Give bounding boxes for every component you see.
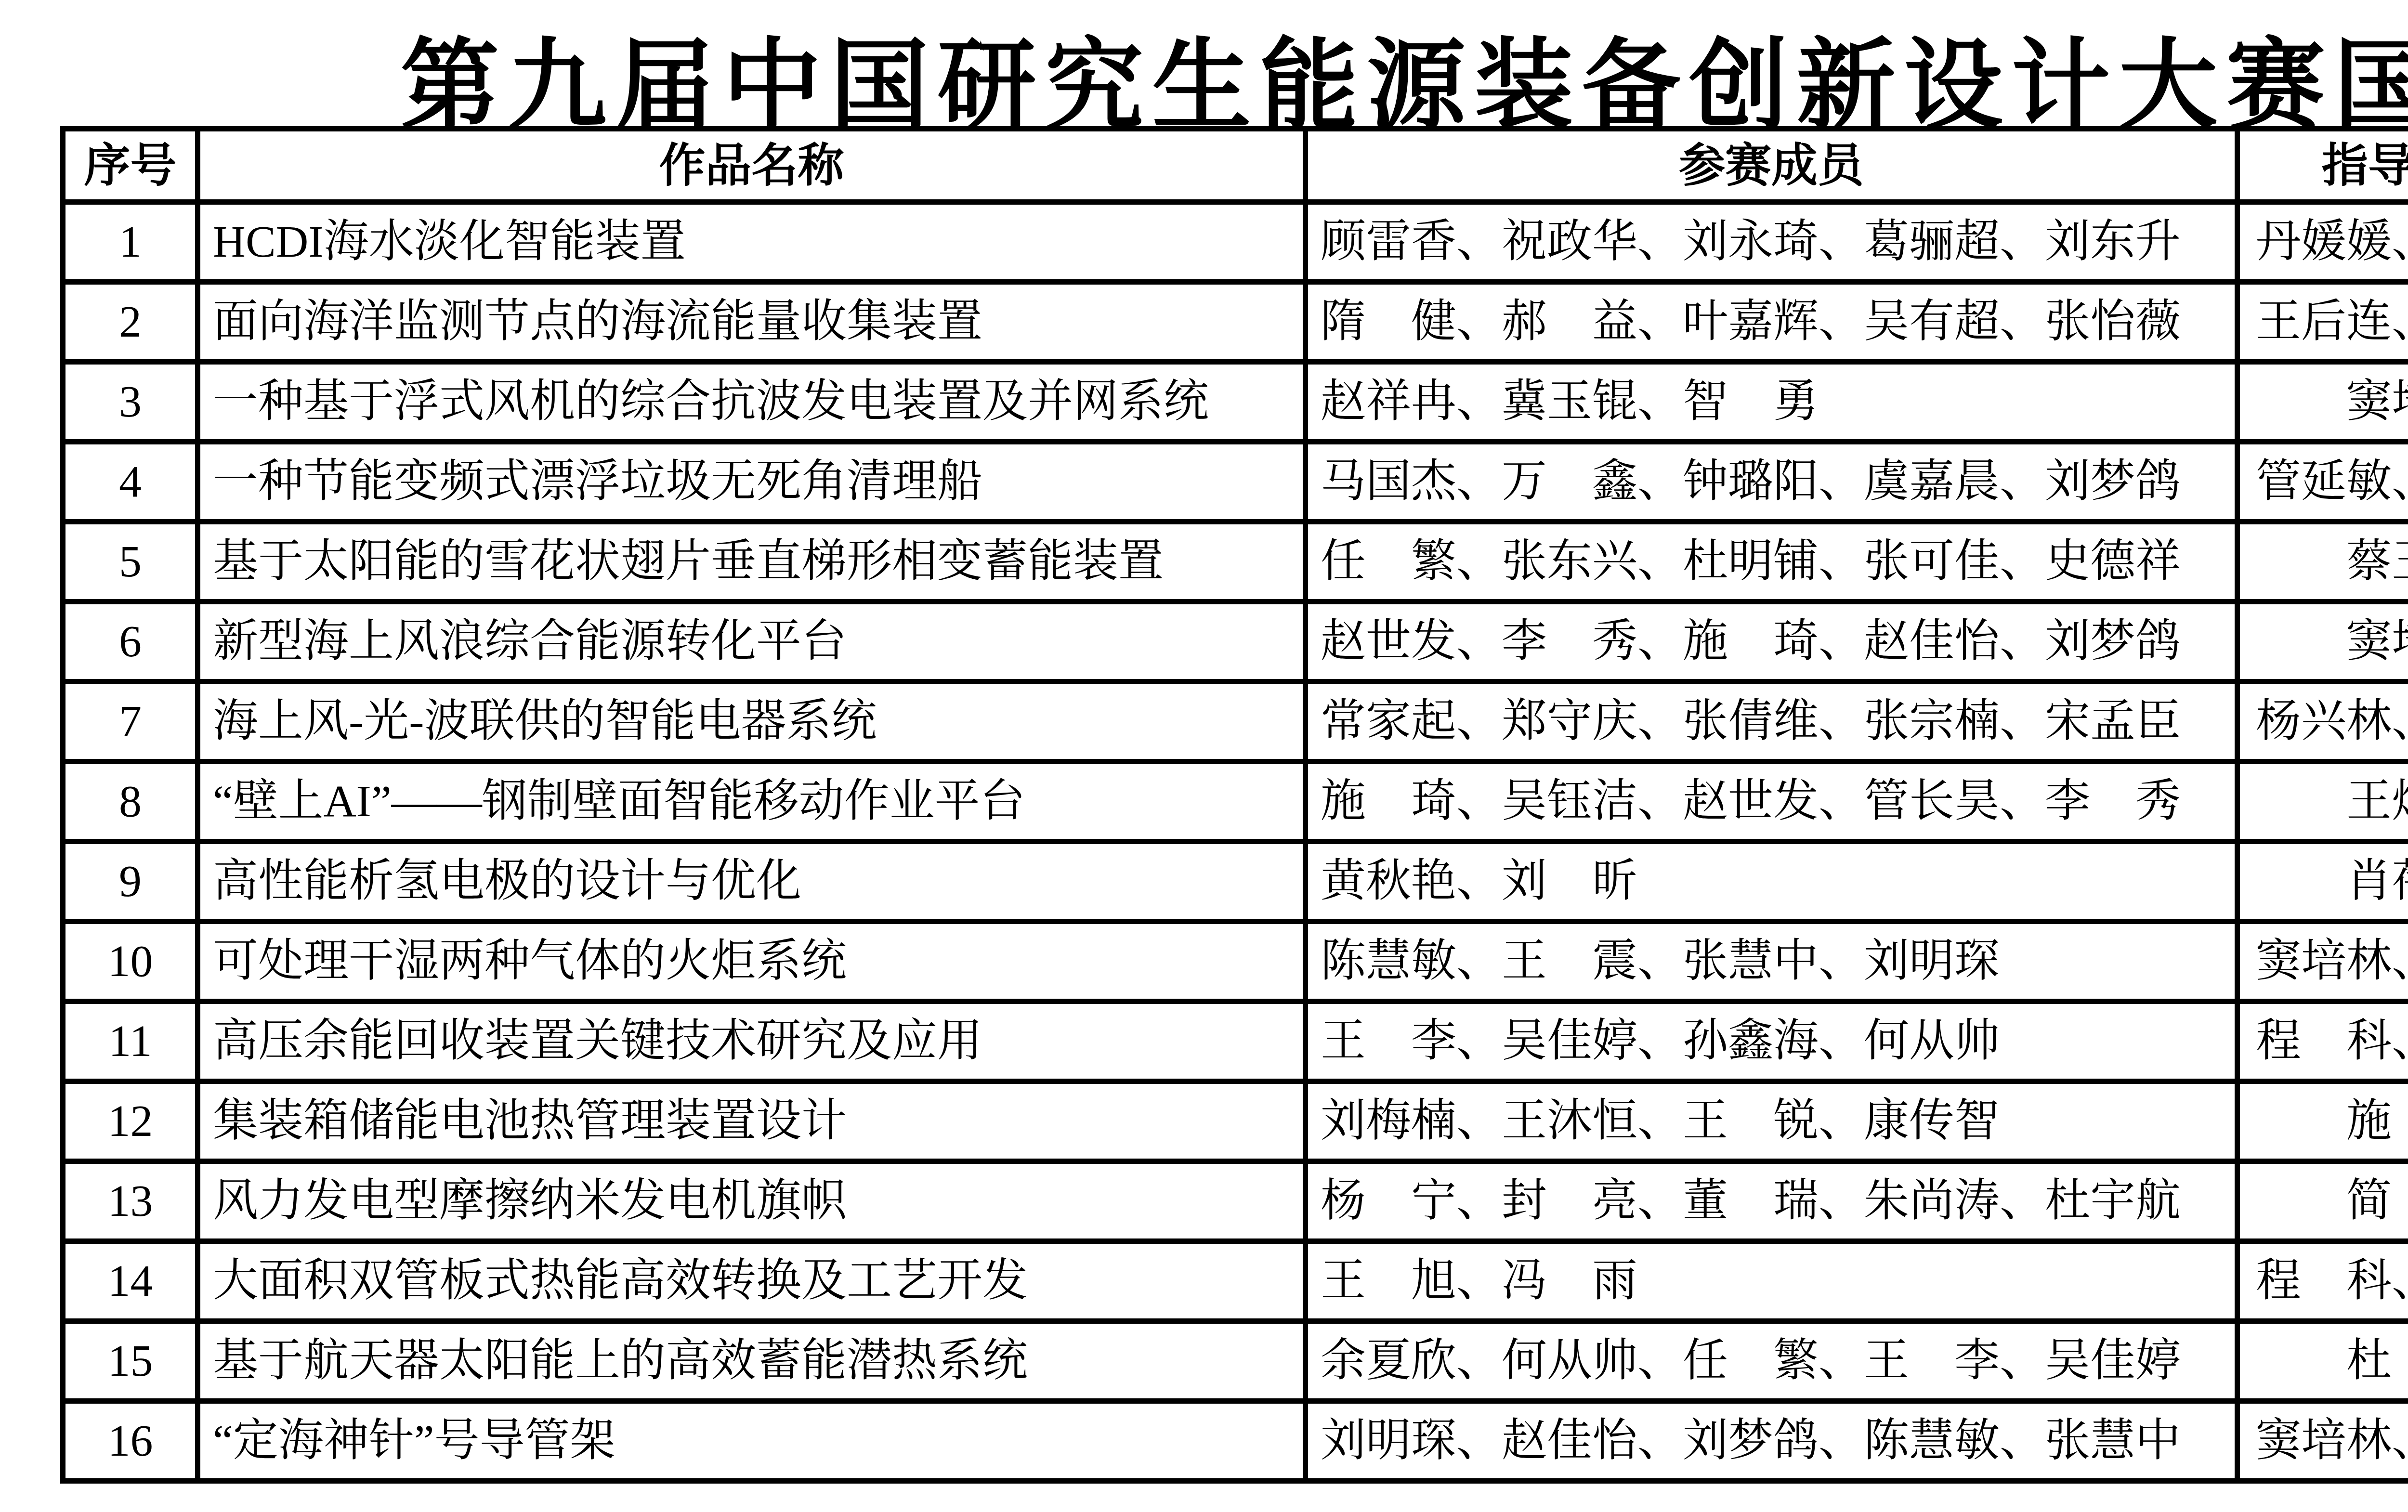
- cell-teachers: 杜 军: [2238, 1321, 2408, 1401]
- cell-members: 马国杰、万 鑫、钟璐阳、虞嘉晨、刘梦鸽: [1306, 442, 2238, 522]
- cell-work: 基于太阳能的雪花状翅片垂直梯形相变蓄能装置: [198, 522, 1306, 602]
- cell-no: 8: [63, 762, 198, 842]
- cell-members: 杨 宁、封 亮、董 瑞、朱尚涛、杜宇航: [1306, 1161, 2238, 1241]
- cell-teachers: 肖蓓蓓: [2238, 842, 2408, 922]
- cell-work: 面向海洋监测节点的海流能量收集装置: [198, 282, 1306, 362]
- cell-teachers: 窦培林: [2238, 362, 2408, 442]
- cell-teachers: 施 红: [2238, 1082, 2408, 1161]
- cell-members: 王 旭、冯 雨: [1306, 1241, 2238, 1321]
- cell-teachers: 程 科、鹿 婷: [2238, 1241, 2408, 1321]
- header-row: 序号 作品名称 参赛成员 指导教师 所在学院 国赛奖项: [63, 129, 2408, 202]
- table-row: 10 可处理干湿两种气体的火炬系统 陈慧敏、王 震、张慧中、刘明琛 窦培林、孔令…: [63, 922, 2408, 1002]
- table-row: 8 “壁上AI”——钢制壁面智能移动作业平台 施 琦、吴钰洁、赵世发、管长昊、李…: [63, 762, 2408, 842]
- cell-teachers: 窦培林、袁洪涛: [2238, 1401, 2408, 1481]
- cell-work: 集装箱储能电池热管理装置设计: [198, 1082, 1306, 1161]
- cell-work: 高压余能回收装置关键技术研究及应用: [198, 1002, 1306, 1082]
- cell-no: 12: [63, 1082, 198, 1161]
- table-row: 7 海上风-光-波联供的智能电器系统 常家起、郑守庆、张倩维、张宗楠、宋孟臣 杨…: [63, 682, 2408, 762]
- cell-teachers: 丹媛媛、于化龙: [2238, 202, 2408, 282]
- cell-members: 隋 健、郝 益、叶嘉辉、吴有超、张怡薇: [1306, 282, 2238, 362]
- cell-no: 10: [63, 922, 198, 1002]
- cell-teachers: 王炬成: [2238, 762, 2408, 842]
- cell-members: 刘梅楠、王沐恒、王 锐、康传智: [1306, 1082, 2238, 1161]
- cell-no: 11: [63, 1002, 198, 1082]
- cell-work: 大面积双管板式热能高效转换及工艺开发: [198, 1241, 1306, 1321]
- cell-members: 赵世发、李 秀、施 琦、赵佳怡、刘梦鸽: [1306, 602, 2238, 682]
- cell-no: 15: [63, 1321, 198, 1401]
- cell-teachers: 窦培林、孔令海: [2238, 922, 2408, 1002]
- cell-teachers: 管延敏、夏志平: [2238, 442, 2408, 522]
- table-row: 1 HCDI海水淡化智能装置 顾雷香、祝政华、刘永琦、葛骊超、刘东升 丹媛媛、于…: [63, 202, 2408, 282]
- cell-teachers: 程 科、张海洋: [2238, 1002, 2408, 1082]
- table-header: 序号 作品名称 参赛成员 指导教师 所在学院 国赛奖项: [63, 129, 2408, 202]
- cell-teachers: 王后连、刘志强: [2238, 282, 2408, 362]
- cell-no: 4: [63, 442, 198, 522]
- cell-members: 任 繁、张东兴、杜明铺、张可佳、史德祥: [1306, 522, 2238, 602]
- cell-no: 16: [63, 1401, 198, 1481]
- header-teachers: 指导教师: [2238, 129, 2408, 202]
- cell-work: HCDI海水淡化智能装置: [198, 202, 1306, 282]
- cell-teachers: 蔡玉飞: [2238, 522, 2408, 602]
- cell-work: 风力发电型摩擦纳米发电机旗帜: [198, 1161, 1306, 1241]
- cell-members: 黄秋艳、刘 昕: [1306, 842, 2238, 922]
- cell-members: 顾雷香、祝政华、刘永琦、葛骊超、刘东升: [1306, 202, 2238, 282]
- table-row: 9 高性能析氢电极的设计与优化 黄秋艳、刘 昕 肖蓓蓓 能源与动力学院 三等奖: [63, 842, 2408, 922]
- cell-teachers: 窦培林: [2238, 602, 2408, 682]
- awards-table: 序号 作品名称 参赛成员 指导教师 所在学院 国赛奖项 1 HCDI海水淡化智能…: [60, 126, 2408, 1484]
- cell-work: 新型海上风浪综合能源转化平台: [198, 602, 1306, 682]
- cell-no: 2: [63, 282, 198, 362]
- header-work: 作品名称: [198, 129, 1306, 202]
- cell-members: 常家起、郑守庆、张倩维、张宗楠、宋孟臣: [1306, 682, 2238, 762]
- cell-work: “壁上AI”——钢制壁面智能移动作业平台: [198, 762, 1306, 842]
- cell-members: 刘明琛、赵佳怡、刘梦鸽、陈慧敏、张慧中: [1306, 1401, 2238, 1481]
- cell-no: 9: [63, 842, 198, 922]
- table-row: 15 基于航天器太阳能上的高效蓄能潜热系统 余夏欣、何从帅、任 繁、王 李、吴佳…: [63, 1321, 2408, 1401]
- table-row: 3 一种基于浮式风机的综合抗波发电装置及并网系统 赵祥冉、冀玉锟、智 勇 窦培林…: [63, 362, 2408, 442]
- cell-members: 王 李、吴佳婷、孙鑫海、何从帅: [1306, 1002, 2238, 1082]
- table-row: 6 新型海上风浪综合能源转化平台 赵世发、李 秀、施 琦、赵佳怡、刘梦鸽 窦培林…: [63, 602, 2408, 682]
- cell-no: 6: [63, 602, 198, 682]
- cell-no: 14: [63, 1241, 198, 1321]
- table-row: 2 面向海洋监测节点的海流能量收集装置 隋 健、郝 益、叶嘉辉、吴有超、张怡薇 …: [63, 282, 2408, 362]
- header-members: 参赛成员: [1306, 129, 2238, 202]
- table-row: 13 风力发电型摩擦纳米发电机旗帜 杨 宁、封 亮、董 瑞、朱尚涛、杜宇航 简 …: [63, 1161, 2408, 1241]
- cell-no: 1: [63, 202, 198, 282]
- cell-members: 施 琦、吴钰洁、赵世发、管长昊、李 秀: [1306, 762, 2238, 842]
- cell-no: 7: [63, 682, 198, 762]
- table-body: 1 HCDI海水淡化智能装置 顾雷香、祝政华、刘永琦、葛骊超、刘东升 丹媛媛、于…: [63, 202, 2408, 1481]
- table-row: 14 大面积双管板式热能高效转换及工艺开发 王 旭、冯 雨 程 科、鹿 婷 计算…: [63, 1241, 2408, 1321]
- cell-members: 赵祥冉、冀玉锟、智 勇: [1306, 362, 2238, 442]
- cell-work: “定海神针”号导管架: [198, 1401, 1306, 1481]
- table-row: 12 集装箱储能电池热管理装置设计 刘梅楠、王沐恒、王 锐、康传智 施 红 能源…: [63, 1082, 2408, 1161]
- cell-teachers: 杨兴林、陈 波: [2238, 682, 2408, 762]
- cell-teachers: 简 刚: [2238, 1161, 2408, 1241]
- table-row: 11 高压余能回收装置关键技术研究及应用 王 李、吴佳婷、孙鑫海、何从帅 程 科…: [63, 1002, 2408, 1082]
- table-row: 16 “定海神针”号导管架 刘明琛、赵佳怡、刘梦鸽、陈慧敏、张慧中 窦培林、袁洪…: [63, 1401, 2408, 1481]
- cell-work: 海上风-光-波联供的智能电器系统: [198, 682, 1306, 762]
- cell-work: 可处理干湿两种气体的火炬系统: [198, 922, 1306, 1002]
- header-no: 序号: [63, 129, 198, 202]
- cell-members: 陈慧敏、王 震、张慧中、刘明琛: [1306, 922, 2238, 1002]
- table-row: 5 基于太阳能的雪花状翅片垂直梯形相变蓄能装置 任 繁、张东兴、杜明铺、张可佳、…: [63, 522, 2408, 602]
- cell-no: 5: [63, 522, 198, 602]
- table-row: 4 一种节能变频式漂浮垃圾无死角清理船 马国杰、万 鑫、钟璐阳、虞嘉晨、刘梦鸽 …: [63, 442, 2408, 522]
- cell-work: 高性能析氢电极的设计与优化: [198, 842, 1306, 922]
- cell-work: 一种基于浮式风机的综合抗波发电装置及并网系统: [198, 362, 1306, 442]
- cell-no: 13: [63, 1161, 198, 1241]
- cell-work: 基于航天器太阳能上的高效蓄能潜热系统: [198, 1321, 1306, 1401]
- cell-no: 3: [63, 362, 198, 442]
- cell-members: 余夏欣、何从帅、任 繁、王 李、吴佳婷: [1306, 1321, 2238, 1401]
- cell-work: 一种节能变频式漂浮垃圾无死角清理船: [198, 442, 1306, 522]
